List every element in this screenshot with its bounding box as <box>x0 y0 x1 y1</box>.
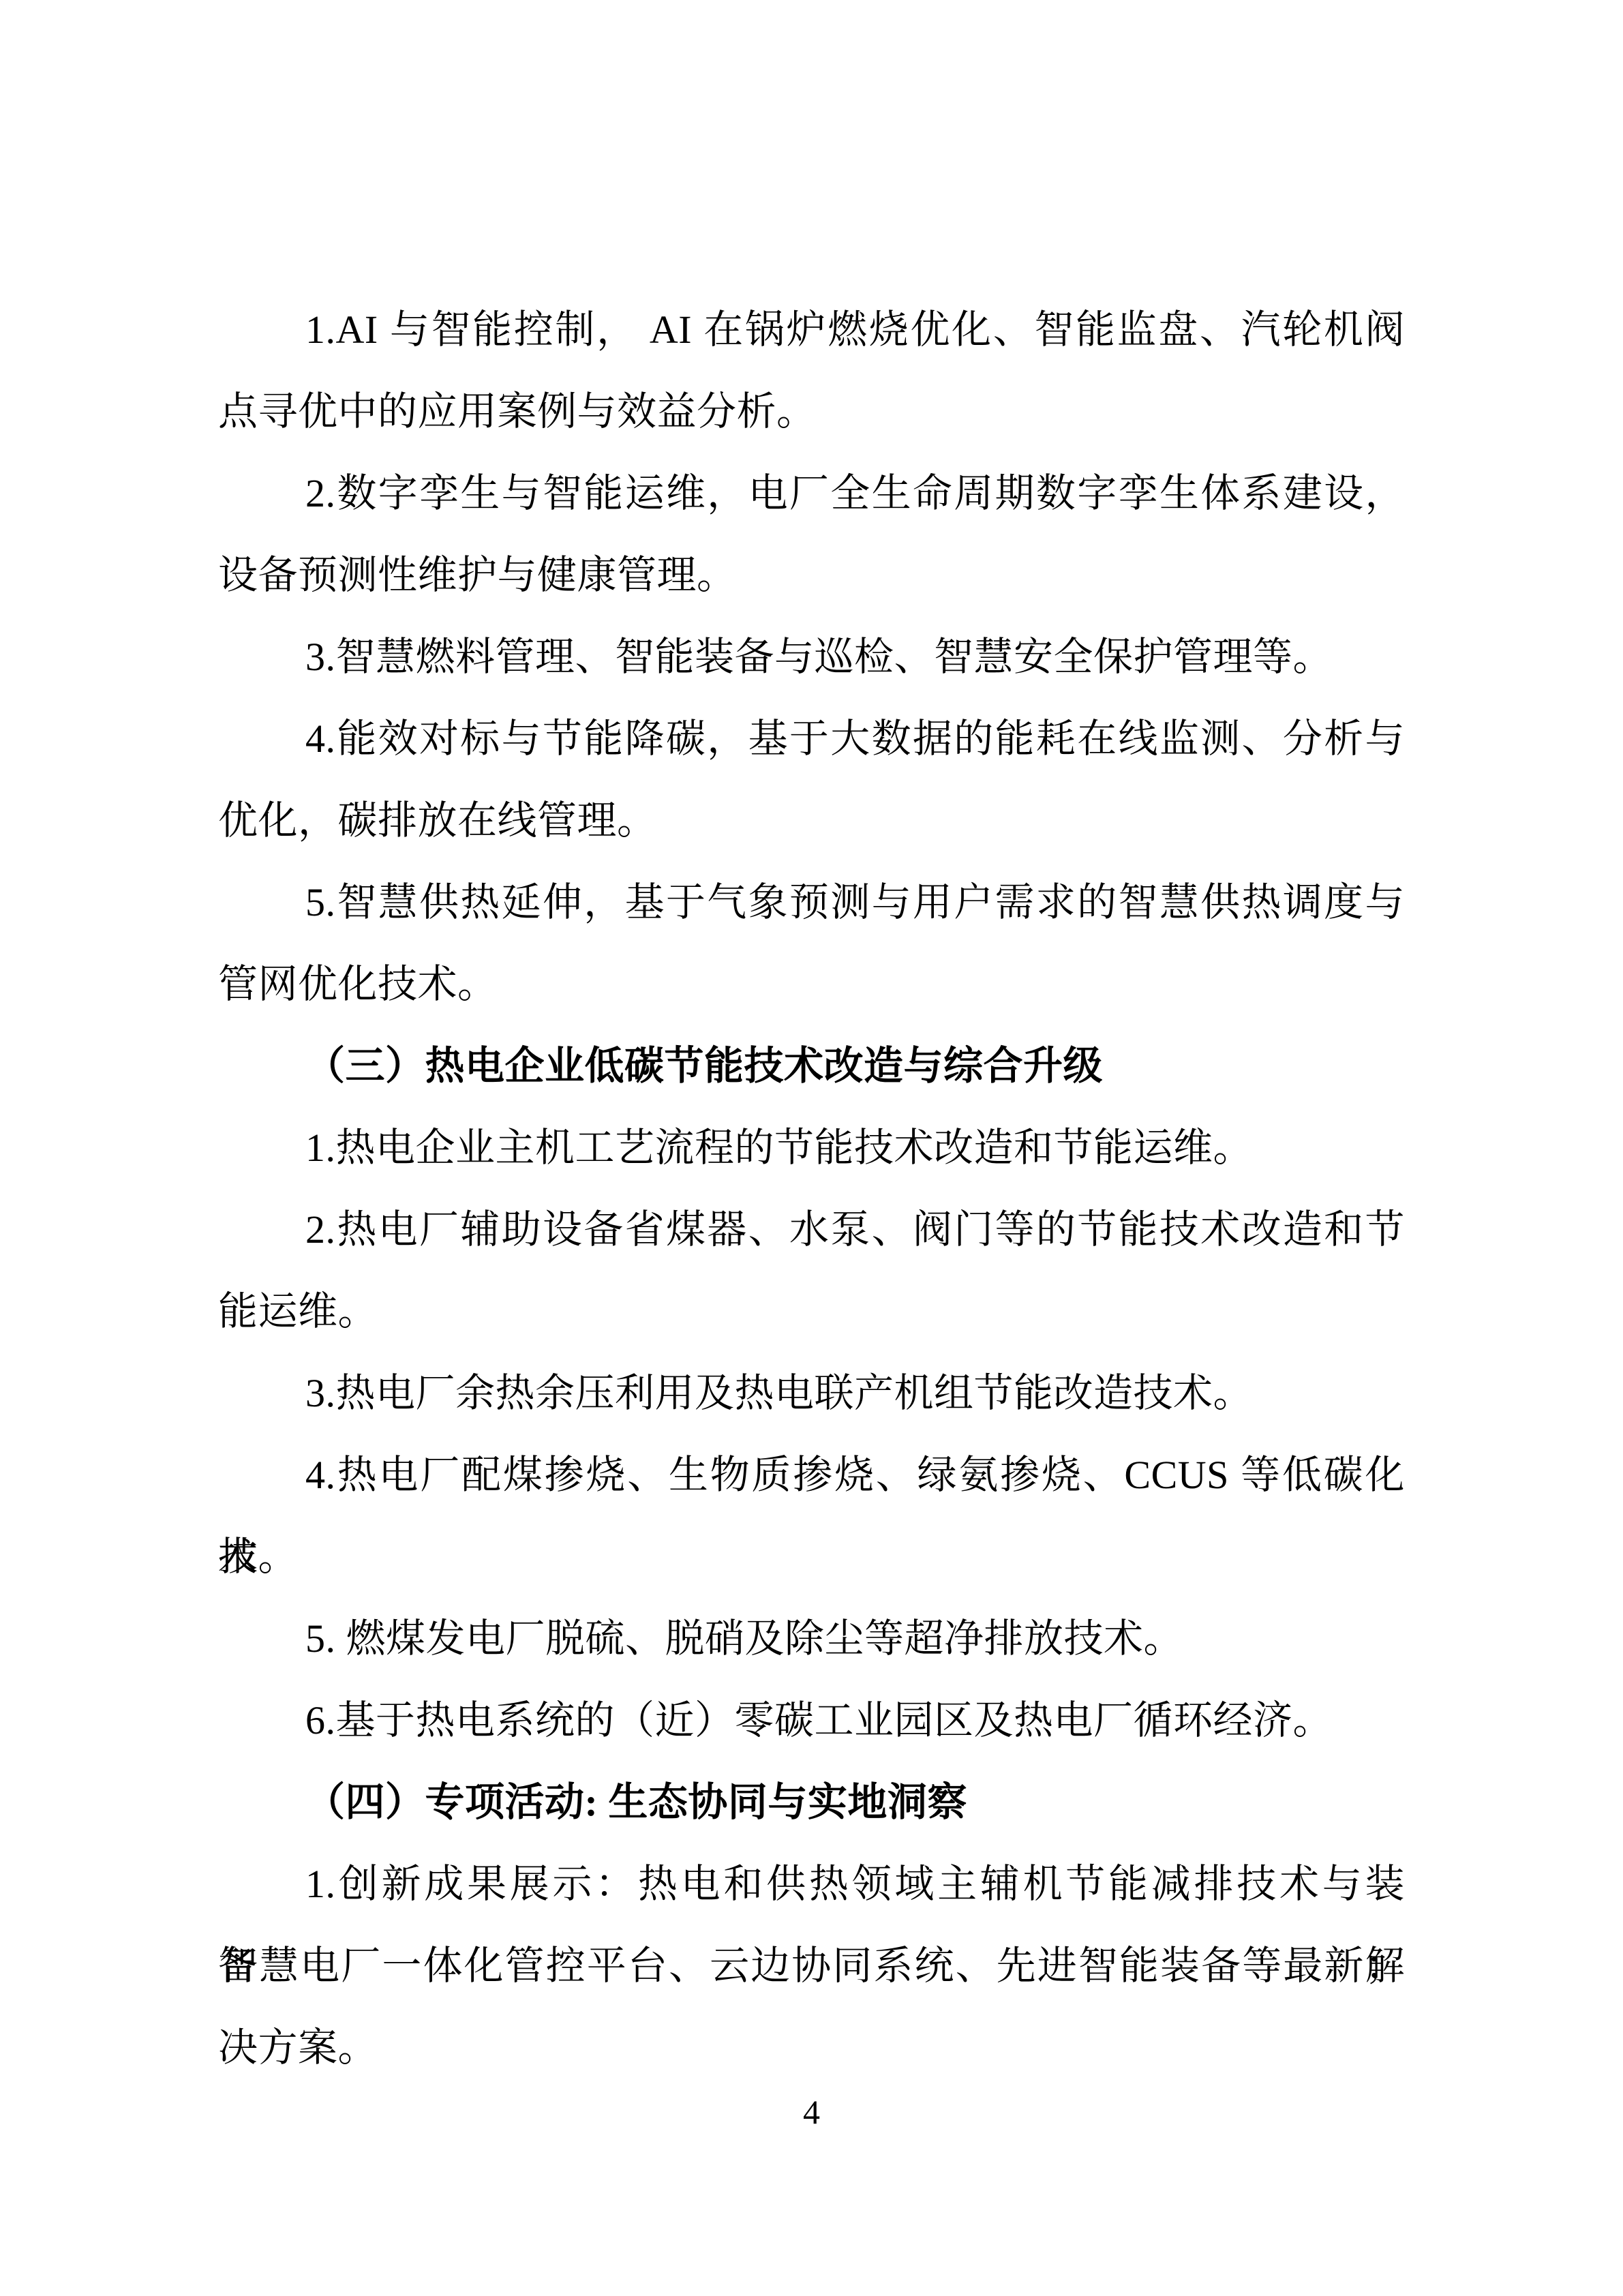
text-line: 1.创新成果展示：热电和供热领域主辅机节能减排技术与装备； <box>218 1843 1405 1925</box>
text-line: 设备预测性维护与健康管理。 <box>218 534 1405 616</box>
text-line: 3.热电厂余热余压利用及热电联产机组节能改造技术。 <box>218 1353 1405 1434</box>
text-line: 4.能效对标与节能降碳，基于大数据的能耗在线监测、分析与 <box>218 698 1405 780</box>
text-line: 4.热电厂配煤掺烧、生物质掺烧、绿氨掺烧、CCUS 等低碳化技 <box>218 1434 1405 1516</box>
section-heading: （三）热电企业低碳节能技术改造与综合升级 <box>218 1025 1405 1107</box>
text-line: 智慧电厂一体化管控平台、云边协同系统、先进智能装备等最新解 <box>218 1925 1405 2007</box>
text-line: 3.智慧燃料管理、智能装备与巡检、智慧安全保护管理等。 <box>218 616 1405 698</box>
document-body: 1.AI 与智能控制， AI 在锅炉燃烧优化、智能监盘、汽轮机阀点寻优中的应用案… <box>218 289 1405 2089</box>
text-line: 1.AI 与智能控制， AI 在锅炉燃烧优化、智能监盘、汽轮机阀 <box>218 289 1405 371</box>
document-page: 1.AI 与智能控制， AI 在锅炉燃烧优化、智能监盘、汽轮机阀点寻优中的应用案… <box>0 0 1623 2296</box>
text-line: 5. 燃煤发电厂脱硫、脱硝及除尘等超净排放技术。 <box>218 1598 1405 1680</box>
text-line: 术。 <box>218 1516 1405 1598</box>
text-line: 管网优化技术。 <box>218 943 1405 1025</box>
text-line: 决方案。 <box>218 2007 1405 2089</box>
text-line: 1.热电企业主机工艺流程的节能技术改造和节能运维。 <box>218 1107 1405 1189</box>
text-line: 点寻优中的应用案例与效益分析。 <box>218 371 1405 453</box>
text-line: 5.智慧供热延伸，基于气象预测与用户需求的智慧供热调度与 <box>218 862 1405 943</box>
page-number: 4 <box>0 2091 1623 2132</box>
text-line: 6.基于热电系统的（近）零碳工业园区及热电厂循环经济。 <box>218 1680 1405 1762</box>
text-line: 能运维。 <box>218 1271 1405 1353</box>
text-line: 2.热电厂辅助设备省煤器、水泵、阀门等的节能技术改造和节 <box>218 1189 1405 1271</box>
section-heading: （四）专项活动: 生态协同与实地洞察 <box>218 1762 1405 1843</box>
text-line: 2.数字孪生与智能运维，电厂全生命周期数字孪生体系建设， <box>218 453 1405 534</box>
text-line: 优化，碳排放在线管理。 <box>218 780 1405 862</box>
